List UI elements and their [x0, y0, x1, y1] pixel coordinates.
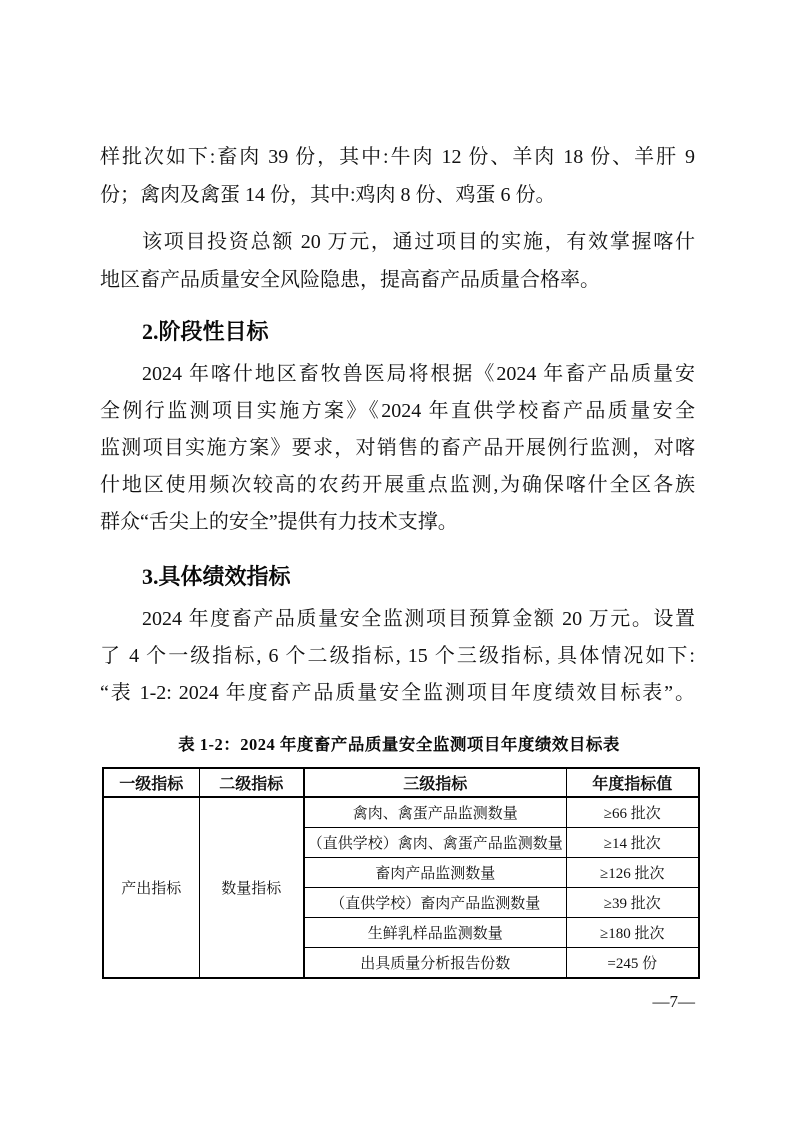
performance-target-table: 一级指标 二级指标 三级指标 年度指标值 产出指标 数量指标 禽肉、禽蛋产品监测…: [102, 767, 700, 979]
text-line: 群众“舌尖上的安全”提供有力技术支撑。: [100, 504, 695, 541]
text-line: 2024 年度畜产品质量安全监测项目预算金额 20 万元。设置: [100, 601, 695, 638]
target-cell: ≥180 批次: [566, 918, 699, 948]
indicator-cell: （直供学校）禽肉、禽蛋产品监测数量: [304, 828, 566, 858]
text-line: 地区畜产品质量安全风险隐患，提高畜产品质量合格率。: [100, 261, 695, 299]
paragraph-sampling-batches: 样批次如下:畜肉 39 份，其中:牛肉 12 份、羊肉 18 份、羊肝 9 份；…: [100, 138, 695, 214]
column-header-level2: 二级指标: [199, 768, 304, 797]
indicator-cell: 生鲜乳样品监测数量: [304, 918, 566, 948]
text-line: 份；禽肉及禽蛋 14 份，其中:鸡肉 8 份、鸡蛋 6 份。: [100, 176, 695, 214]
text-line: 什地区使用频次较高的农药开展重点监测,为确保喀什全区各族: [100, 467, 695, 504]
target-cell: =245 份: [566, 948, 699, 979]
paragraph-performance-indicators: 2024 年度畜产品质量安全监测项目预算金额 20 万元。设置 了 4 个一级指…: [100, 601, 695, 712]
document-page: 样批次如下:畜肉 39 份，其中:牛肉 12 份、羊肉 18 份、羊肝 9 份；…: [0, 0, 793, 1122]
text-line: 了 4 个一级指标, 6 个二级指标, 15 个三级指标, 具体情况如下:: [100, 638, 695, 675]
paragraph-project-investment: 该项目投资总额 20 万元，通过项目的实施，有效掌握喀什 地区畜产品质量安全风险…: [100, 223, 695, 299]
indicator-cell: 出具质量分析报告份数: [304, 948, 566, 979]
indicator-cell: 禽肉、禽蛋产品监测数量: [304, 797, 566, 828]
level2-indicator-cell: 数量指标: [199, 797, 304, 978]
section-heading-stage-goals: 2.阶段性目标: [100, 317, 695, 347]
text-line: 全例行监测项目实施方案》《2024 年直供学校畜产品质量安全: [100, 393, 695, 430]
section-heading-performance-indicators: 3.具体绩效指标: [100, 562, 695, 592]
table-caption: 表 1-2：2024 年度畜产品质量安全监测项目年度绩效目标表: [100, 733, 698, 757]
text-line: 2024 年喀什地区畜牧兽医局将根据《2024 年畜产品质量安: [100, 356, 695, 393]
text-line: “表 1-2: 2024 年度畜产品质量安全监测项目年度绩效目标表”。: [100, 675, 695, 712]
table-header-row: 一级指标 二级指标 三级指标 年度指标值: [103, 768, 699, 797]
column-header-level1: 一级指标: [103, 768, 199, 797]
table-row: 产出指标 数量指标 禽肉、禽蛋产品监测数量 ≥66 批次: [103, 797, 699, 828]
page-number: —7—: [653, 992, 696, 1012]
column-header-level3: 三级指标: [304, 768, 566, 797]
target-cell: ≥126 批次: [566, 858, 699, 888]
text-line: 样批次如下:畜肉 39 份，其中:牛肉 12 份、羊肉 18 份、羊肝 9: [100, 138, 695, 176]
column-header-annual-target: 年度指标值: [566, 768, 699, 797]
text-line: 该项目投资总额 20 万元，通过项目的实施，有效掌握喀什: [100, 223, 695, 261]
target-cell: ≥66 批次: [566, 797, 699, 828]
indicator-cell: （直供学校）畜肉产品监测数量: [304, 888, 566, 918]
paragraph-stage-goals: 2024 年喀什地区畜牧兽医局将根据《2024 年畜产品质量安 全例行监测项目实…: [100, 356, 695, 541]
indicator-cell: 畜肉产品监测数量: [304, 858, 566, 888]
text-line: 监测项目实施方案》要求，对销售的畜产品开展例行监测，对喀: [100, 430, 695, 467]
target-cell: ≥39 批次: [566, 888, 699, 918]
target-cell: ≥14 批次: [566, 828, 699, 858]
level1-indicator-cell: 产出指标: [103, 797, 199, 978]
